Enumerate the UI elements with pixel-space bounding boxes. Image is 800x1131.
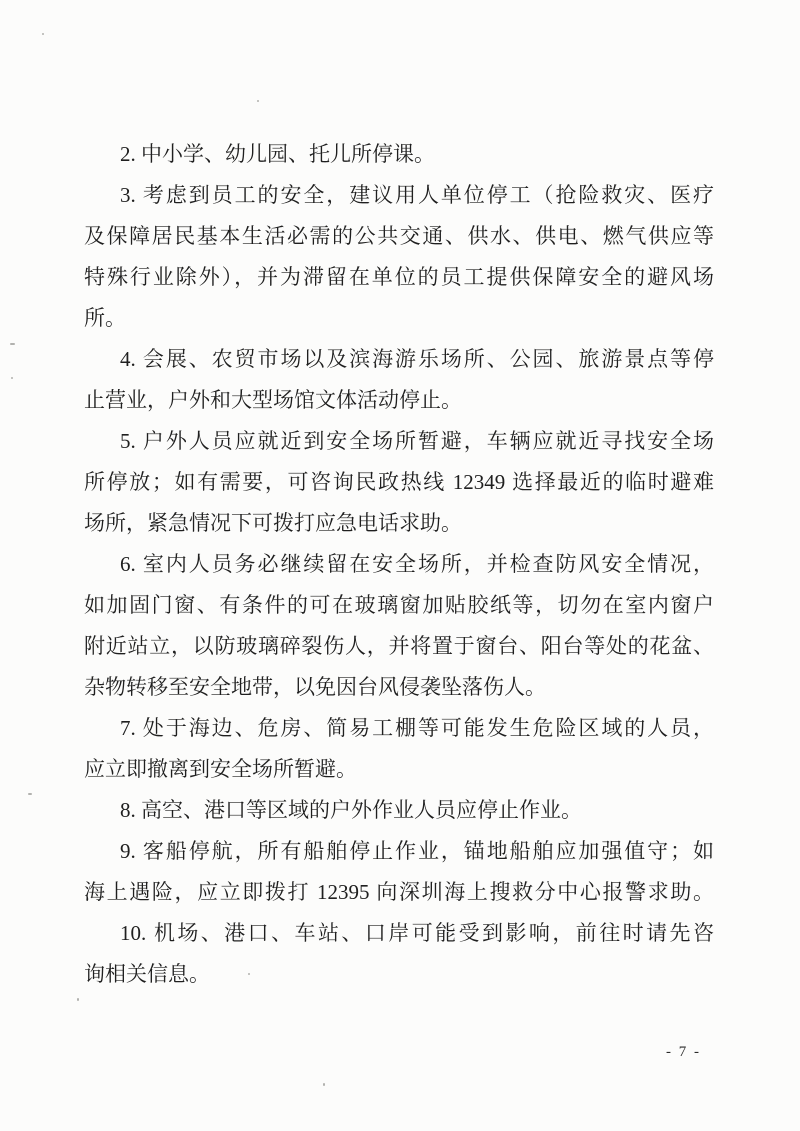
text-line: 6. 室内人员务必继续留在安全场所，并检查防风安全情况， bbox=[84, 544, 714, 585]
text-line: 场所，紧急情况下可拨打应急电话求助。 bbox=[84, 503, 714, 544]
text-line: 如加固门窗、有条件的可在玻璃窗加贴胶纸等，切勿在室内窗户 bbox=[84, 585, 714, 626]
text-line: 9. 客船停航，所有船舶停止作业，锚地船舶应加强值守；如 bbox=[84, 831, 714, 872]
scan-speck bbox=[28, 793, 32, 795]
text-line: 所。 bbox=[84, 298, 714, 339]
scan-speck bbox=[248, 973, 250, 975]
text-line: 4. 会展、农贸市场以及滨海游乐场所、公园、旅游景点等停 bbox=[84, 339, 714, 380]
text-line: 止营业，户外和大型场馆文体活动停止。 bbox=[84, 380, 714, 421]
scan-speck bbox=[11, 377, 13, 379]
text-line: 8. 高空、港口等区域的户外作业人员应停止作业。 bbox=[84, 790, 714, 831]
scan-speck bbox=[77, 998, 79, 1001]
text-line: 应立即撤离到安全场所暂避。 bbox=[84, 749, 714, 790]
scan-speck bbox=[323, 1083, 325, 1086]
text-line: 所停放；如有需要，可咨询民政热线 12349 选择最近的临时避难 bbox=[84, 462, 714, 503]
text-line: 10. 机场、港口、车站、口岸可能受到影响，前往时请先咨 bbox=[84, 913, 714, 954]
text-line: 询相关信息。 bbox=[84, 954, 714, 995]
scan-speck bbox=[430, 231, 432, 233]
scan-speck bbox=[257, 100, 259, 102]
page-number: - 7 - bbox=[666, 1044, 726, 1061]
text-line: 2. 中小学、幼儿园、托儿所停课。 bbox=[84, 134, 714, 175]
scan-speck bbox=[10, 343, 15, 345]
scan-speck bbox=[42, 33, 44, 35]
text-line: 7. 处于海边、危房、简易工棚等可能发生危险区域的人员， bbox=[84, 708, 714, 749]
text-line: 5. 户外人员应就近到安全场所暂避，车辆应就近寻找安全场 bbox=[84, 421, 714, 462]
text-line: 杂物转移至安全地带，以免因台风侵袭坠落伤人。 bbox=[84, 667, 714, 708]
text-line: 及保障居民基本生活必需的公共交通、供水、供电、燃气供应等 bbox=[84, 216, 714, 257]
scanned-document-page: 2. 中小学、幼儿园、托儿所停课。3. 考虑到员工的安全，建议用人单位停工（抢险… bbox=[0, 0, 800, 1131]
text-line: 海上遇险，应立即拨打 12395 向深圳海上搜救分中心报警求助。 bbox=[84, 872, 714, 913]
text-line: 附近站立，以防玻璃碎裂伤人，并将置于窗台、阳台等处的花盆、 bbox=[84, 626, 714, 667]
text-line: 特殊行业除外），并为滞留在单位的员工提供保障安全的避风场 bbox=[84, 257, 714, 298]
document-body: 2. 中小学、幼儿园、托儿所停课。3. 考虑到员工的安全，建议用人单位停工（抢险… bbox=[84, 134, 714, 995]
text-line: 3. 考虑到员工的安全，建议用人单位停工（抢险救灾、医疗 bbox=[84, 175, 714, 216]
